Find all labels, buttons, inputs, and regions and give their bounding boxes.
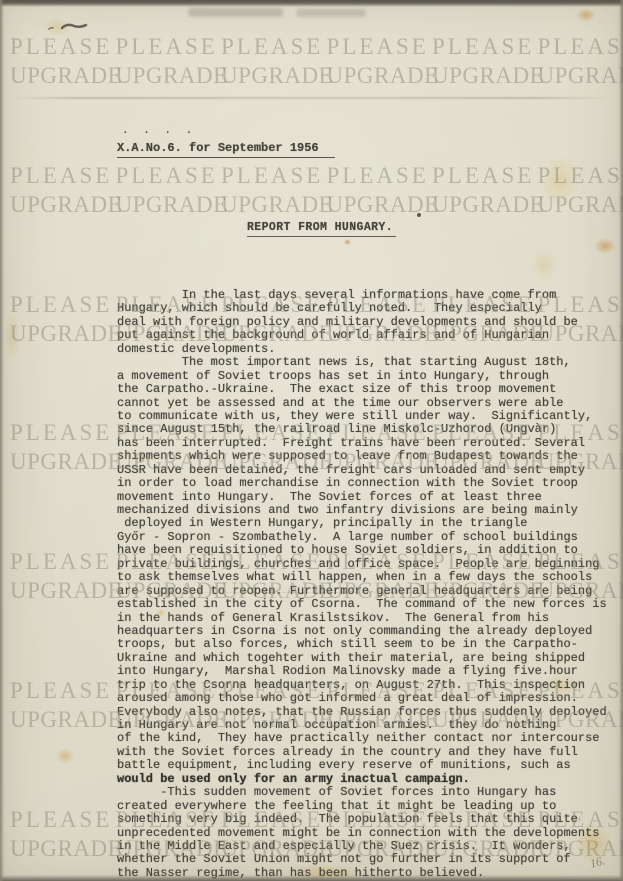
watermark-text: PLEASEUPGRADE xyxy=(10,550,112,603)
watermark-text: PLEASEUPGRADE xyxy=(327,35,429,88)
scanned-document-page: . . . . X.A.No.6. for September 1956 REP… xyxy=(0,0,623,881)
paper-stain xyxy=(344,239,351,245)
body-line: The most important news is, that startin… xyxy=(117,356,623,369)
body-line: movement into Hungary. The Soviet forces… xyxy=(117,491,623,504)
watermark-text: PLEASEUPGRADE xyxy=(10,35,112,88)
body-line: the Carpatho.-Ukraine. The exact size of… xyxy=(117,383,623,396)
body-line: whether the Soviet Union might not go fu… xyxy=(117,853,623,866)
watermark-text: PLEASEUPGRADE xyxy=(538,35,623,88)
watermark-text: PLEASEUPGRADE xyxy=(538,164,623,217)
body-line: -This sudden movement of Soviet forces i… xyxy=(117,786,623,799)
body-line: put against the background of world affa… xyxy=(117,329,623,342)
paper-stain xyxy=(42,18,72,36)
watermark-text: PLEASEUPGRADE xyxy=(327,164,429,217)
body-line: established in the city of Csorna. The c… xyxy=(117,598,623,611)
body-line: cannot yet be assessed and at the time o… xyxy=(117,397,623,410)
paper-stain xyxy=(530,250,558,280)
reference-line: X.A.No.6. for September 1956 xyxy=(117,141,335,158)
body-line: shipments which were supposed to leave f… xyxy=(117,450,623,463)
body-line: Hungary, which should be carefully noted… xyxy=(117,302,623,315)
faint-dots-annotation: . . . . xyxy=(122,125,196,137)
watermark-text: PLEASEUPGRADE xyxy=(10,679,112,732)
paper-stain xyxy=(540,155,580,207)
ink-speck xyxy=(417,213,421,217)
ink-smudge xyxy=(188,8,283,17)
body-line: unprecedented movement might be in conne… xyxy=(117,827,623,840)
watermark-text: PLEASEUPGRADE xyxy=(10,421,112,474)
paper-stain xyxy=(55,748,75,764)
ink-smudge xyxy=(296,9,366,17)
body-line: something very big indeed. The populatio… xyxy=(117,813,623,826)
pencil-squiggle-mark xyxy=(46,20,90,36)
paper-stain xyxy=(594,238,616,254)
body-line: deployed in Western Hungary, principally… xyxy=(117,517,623,530)
scan-edge-top xyxy=(0,0,623,7)
body-line: battle equipment, including every reserv… xyxy=(117,759,623,772)
watermark-text: PLEASEUPGRADE xyxy=(221,164,323,217)
body-line: Everybody also notes, that the Russian f… xyxy=(117,706,623,719)
body-line: into Hungary, Marshal Rodion Malinovsky … xyxy=(117,665,623,678)
body-line: to ask themselves what will happen, when… xyxy=(117,571,623,584)
watermark-text: PLEASEUPGRADE xyxy=(116,35,218,88)
watermark-text: PLEASEUPGRADE xyxy=(221,35,323,88)
body-line: aroused among those who got informed a g… xyxy=(117,692,623,705)
body-line: since August 15th, the railroad line Mis… xyxy=(117,423,623,436)
scan-edge-left xyxy=(0,0,4,881)
body-line: in the hands of General Krasilstsikov. T… xyxy=(117,612,623,625)
document-title: REPORT FROM HUNGARY. xyxy=(247,221,396,237)
document-body: In the last days several informations ha… xyxy=(117,289,623,880)
body-line: of the kind, They have practically neith… xyxy=(117,732,623,745)
watermark-text: PLEASEUPGRADE xyxy=(10,164,112,217)
watermark-text: PLEASEUPGRADE xyxy=(432,35,534,88)
watermark-text: PLEASEUPGRADE xyxy=(116,164,218,217)
watermark-text: PLEASEUPGRADE xyxy=(432,164,534,217)
paper-stain xyxy=(576,8,596,22)
watermark-text: PLEASEUPGRADE xyxy=(10,293,112,346)
watermark-text: PLEASEUPGRADE xyxy=(10,808,112,861)
body-line: have been requisitioned to house Soviet … xyxy=(117,544,623,557)
body-line: troops, but also forces, which still see… xyxy=(117,638,623,651)
paper-fold-line xyxy=(10,97,610,99)
paper-stain xyxy=(4,310,20,360)
body-line: the Nasser regime, than has been hithert… xyxy=(117,867,623,880)
body-line: in order to load merchandise in connecti… xyxy=(117,477,623,490)
